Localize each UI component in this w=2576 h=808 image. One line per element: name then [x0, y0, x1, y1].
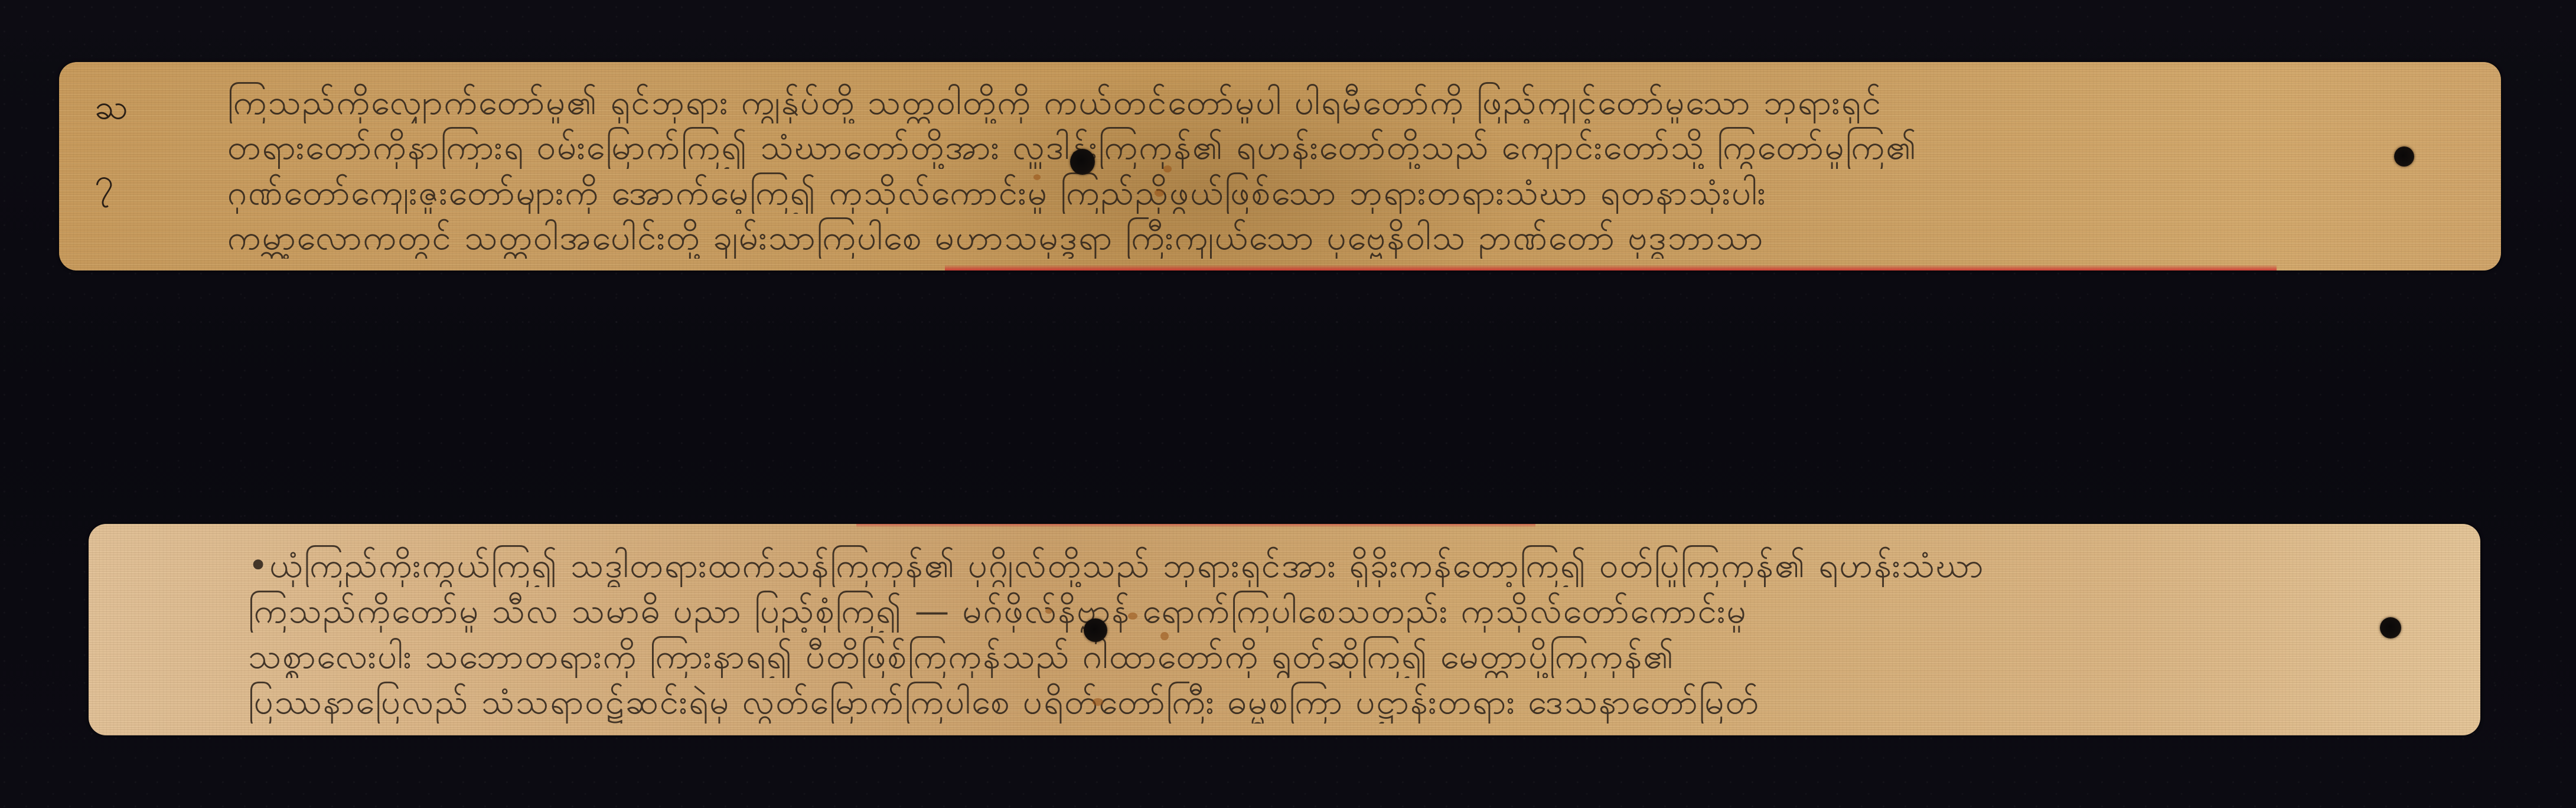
stain-spot — [1033, 174, 1041, 180]
script-line: သစ္စာလေးပါး သဘောတရားကို ကြားနာရ၍ ပီတိဖြစ… — [248, 633, 2303, 678]
margin-page-number: ၇ — [94, 159, 114, 210]
script-line: ကမ္ဘာ့လောကတွင် သတ္တဝါအပေါင်းတို့ ချမ်းသာ… — [227, 214, 2347, 259]
red-lacquer-edge — [945, 265, 2277, 271]
binding-hole-right — [2394, 146, 2414, 167]
palm-leaf-top: ႀ ၇ ကြသည်ကိုလျှောက်တော်မူ၏ ရှင်ဘုရား ကျွ… — [59, 62, 2501, 271]
margin-mark-top: ႀ — [94, 86, 128, 136]
binding-hole-right — [2380, 617, 2401, 638]
palm-leaf-bottom: •ယုံကြည်ကိုးကွယ်ကြ၍ သဒ္ဓါတရားထက်သန်ကြကုန… — [89, 524, 2480, 735]
binding-hole-left — [1084, 618, 1107, 642]
script-line: ပြဿနာပြေလည် သံသရာဝဋ်ဆင်းရဲမှ လွတ်မြောက်က… — [248, 678, 2303, 724]
stain-spot — [1160, 632, 1169, 640]
stain-spot — [1155, 189, 1164, 197]
leaf-margin: ႀ ၇ — [59, 62, 213, 271]
script-text-block: ကြသည်ကိုလျှောက်တော်မူ၏ ရှင်ဘုရား ကျွန်ုပ… — [227, 79, 2347, 259]
stain-spot — [1093, 698, 1103, 706]
binding-hole-left — [1070, 149, 1095, 175]
stain-spot — [1045, 608, 1052, 614]
script-line: ဂုဏ်တော်ကျေးဇူးတော်များကို အောက်မေ့ကြ၍ က… — [227, 169, 2347, 214]
stain-spot — [1128, 612, 1137, 620]
script-line: ကြသည်ကိုတော်မူ သီလ သမာဓိ ပညာ ပြည့်စုံကြ၍… — [248, 587, 2303, 633]
script-line: တရားတော်ကိုနာကြားရ ဝမ်းမြောက်ကြ၍ သံဃာတော… — [227, 123, 2347, 168]
script-line: •ယုံကြည်ကိုးကွယ်ကြ၍ သဒ္ဓါတရားထက်သန်ကြကုန… — [248, 542, 2303, 587]
stain-spot — [1163, 165, 1172, 172]
script-text-block: •ယုံကြည်ကိုးကွယ်ကြ၍ သဒ္ဓါတရားထက်သန်ကြကုန… — [248, 542, 2303, 724]
red-lacquer-edge — [856, 524, 1535, 527]
script-line: ကြသည်ကိုလျှောက်တော်မူ၏ ရှင်ဘုရား ကျွန်ုပ… — [227, 79, 2347, 123]
